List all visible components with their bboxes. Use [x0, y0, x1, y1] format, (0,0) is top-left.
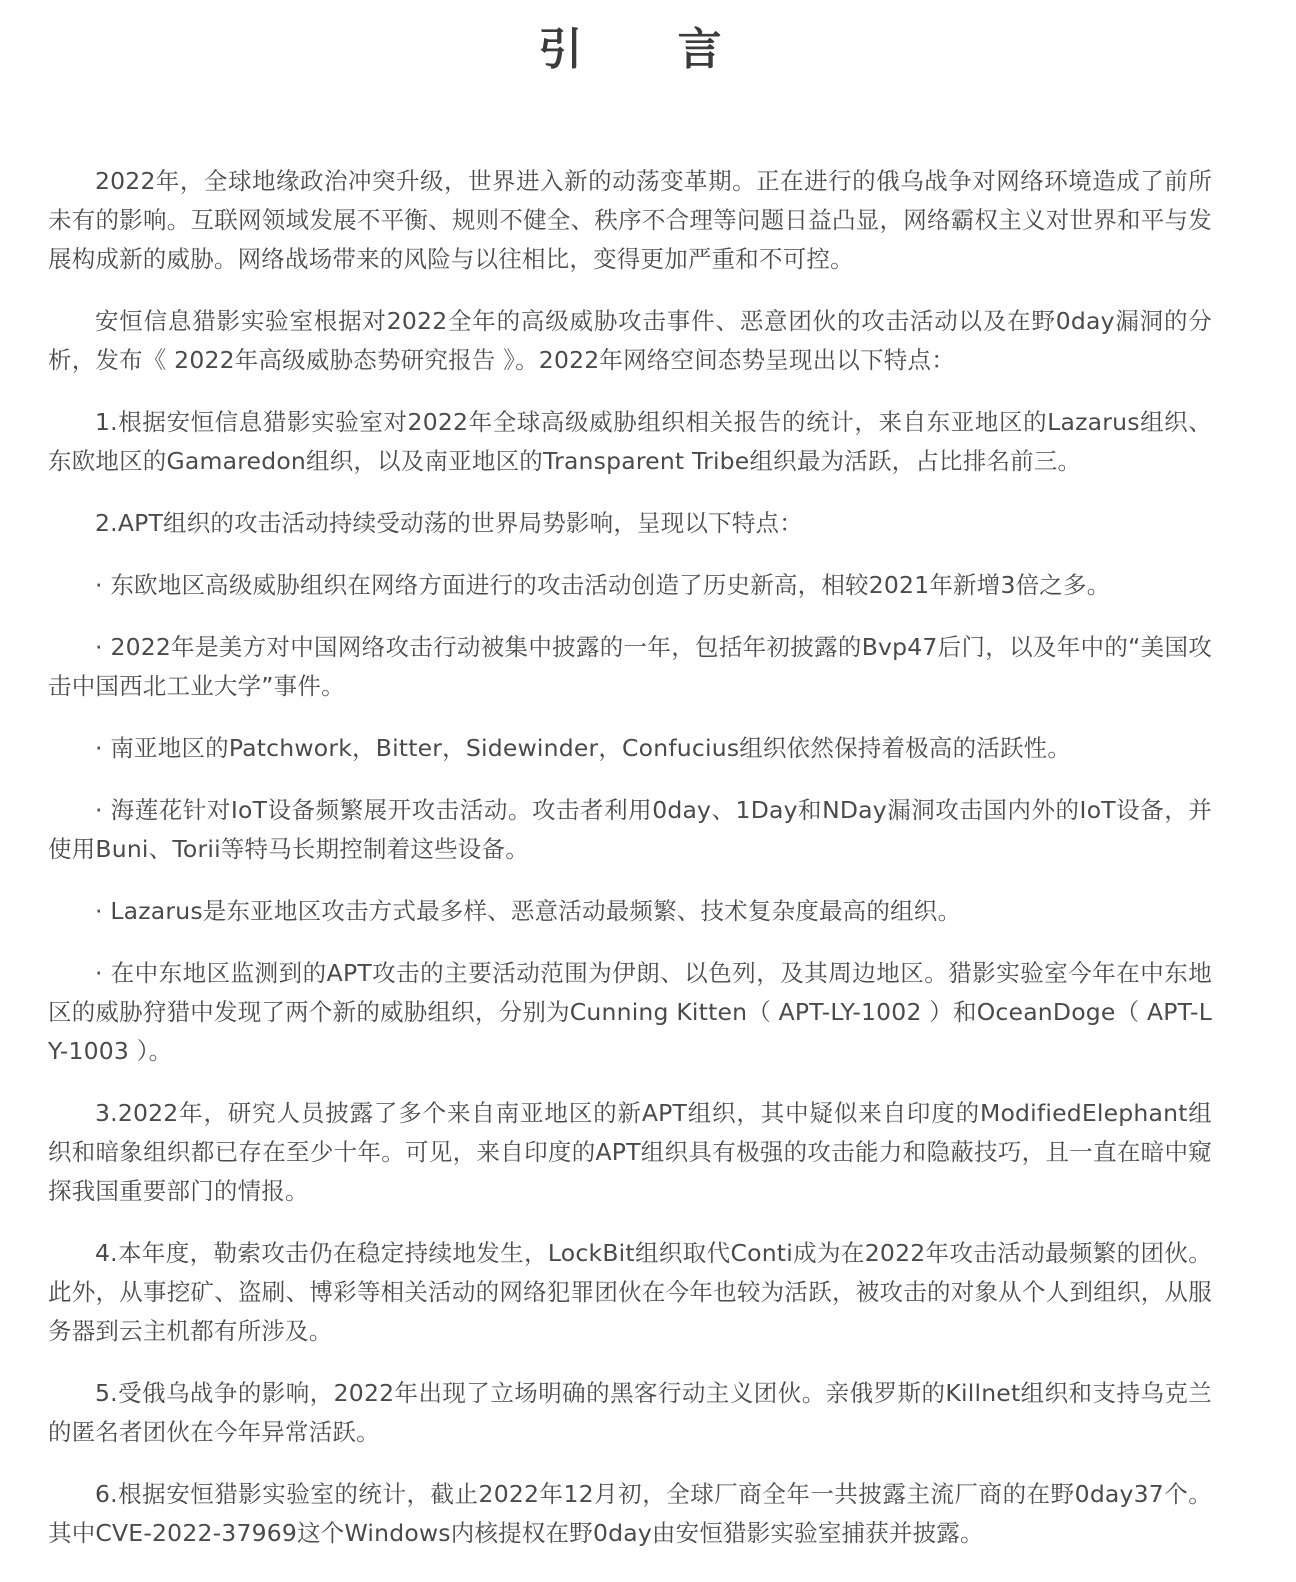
paragraph-intro: 2022年，全球地缘政治冲突升级，世界进入新的动荡变革期。正在进行的俄乌战争对网…: [48, 162, 1212, 279]
document-page: 引 言 2022年，全球地缘政治冲突升级，世界进入新的动荡变革期。正在进行的俄乌…: [48, 0, 1212, 1576]
bullet-iot: · 海莲花针对IoT设备频繁展开攻击活动。攻击者利用0day、1Day和NDay…: [48, 791, 1212, 869]
paragraph-point-4: 4.本年度，勒索攻击仍在稳定持续地发生，LockBit组织取代Conti成为在2…: [48, 1234, 1212, 1351]
paragraph-point-5: 5.受俄乌战争的影响，2022年出现了立场明确的黑客行动主义团伙。亲俄罗斯的Ki…: [48, 1374, 1212, 1452]
paragraph-point-1: 1.根据安恒信息猎影实验室对2022年全球高级威胁组织相关报告的统计，来自东亚地…: [48, 403, 1212, 481]
bullet-us-attacks: · 2022年是美方对中国网络攻击行动被集中披露的一年，包括年初披露的Bvp47…: [48, 628, 1212, 706]
bullet-lazarus: · Lazarus是东亚地区攻击方式最多样、恶意活动最频繁、技术复杂度最高的组织…: [48, 892, 1212, 931]
document-body: 2022年，全球地缘政治冲突升级，世界进入新的动荡变革期。正在进行的俄乌战争对网…: [48, 162, 1212, 1553]
page-title: 引 言: [48, 0, 1212, 100]
paragraph-point-6: 6.根据安恒猎影实验室的统计，截止2022年12月初，全球厂商全年一共披露主流厂…: [48, 1475, 1212, 1553]
paragraph-point-2: 2.APT组织的攻击活动持续受动荡的世界局势影响，呈现以下特点：: [48, 504, 1212, 543]
paragraph-point-3: 3.2022年，研究人员披露了多个来自南亚地区的新APT组织，其中疑似来自印度的…: [48, 1094, 1212, 1211]
bullet-middle-east: · 在中东地区监测到的APT攻击的主要活动范围为伊朗、以色列，及其周边地区。猎影…: [48, 954, 1212, 1071]
bullet-south-asia: · 南亚地区的Patchwork，Bitter，Sidewinder，Confu…: [48, 729, 1212, 768]
bullet-eastern-europe: · 东欧地区高级威胁组织在网络方面进行的攻击活动创造了历史新高，相较2021年新…: [48, 566, 1212, 605]
paragraph-report-summary: 安恒信息猎影实验室根据对2022全年的高级威胁攻击事件、恶意团伙的攻击活动以及在…: [48, 302, 1212, 380]
